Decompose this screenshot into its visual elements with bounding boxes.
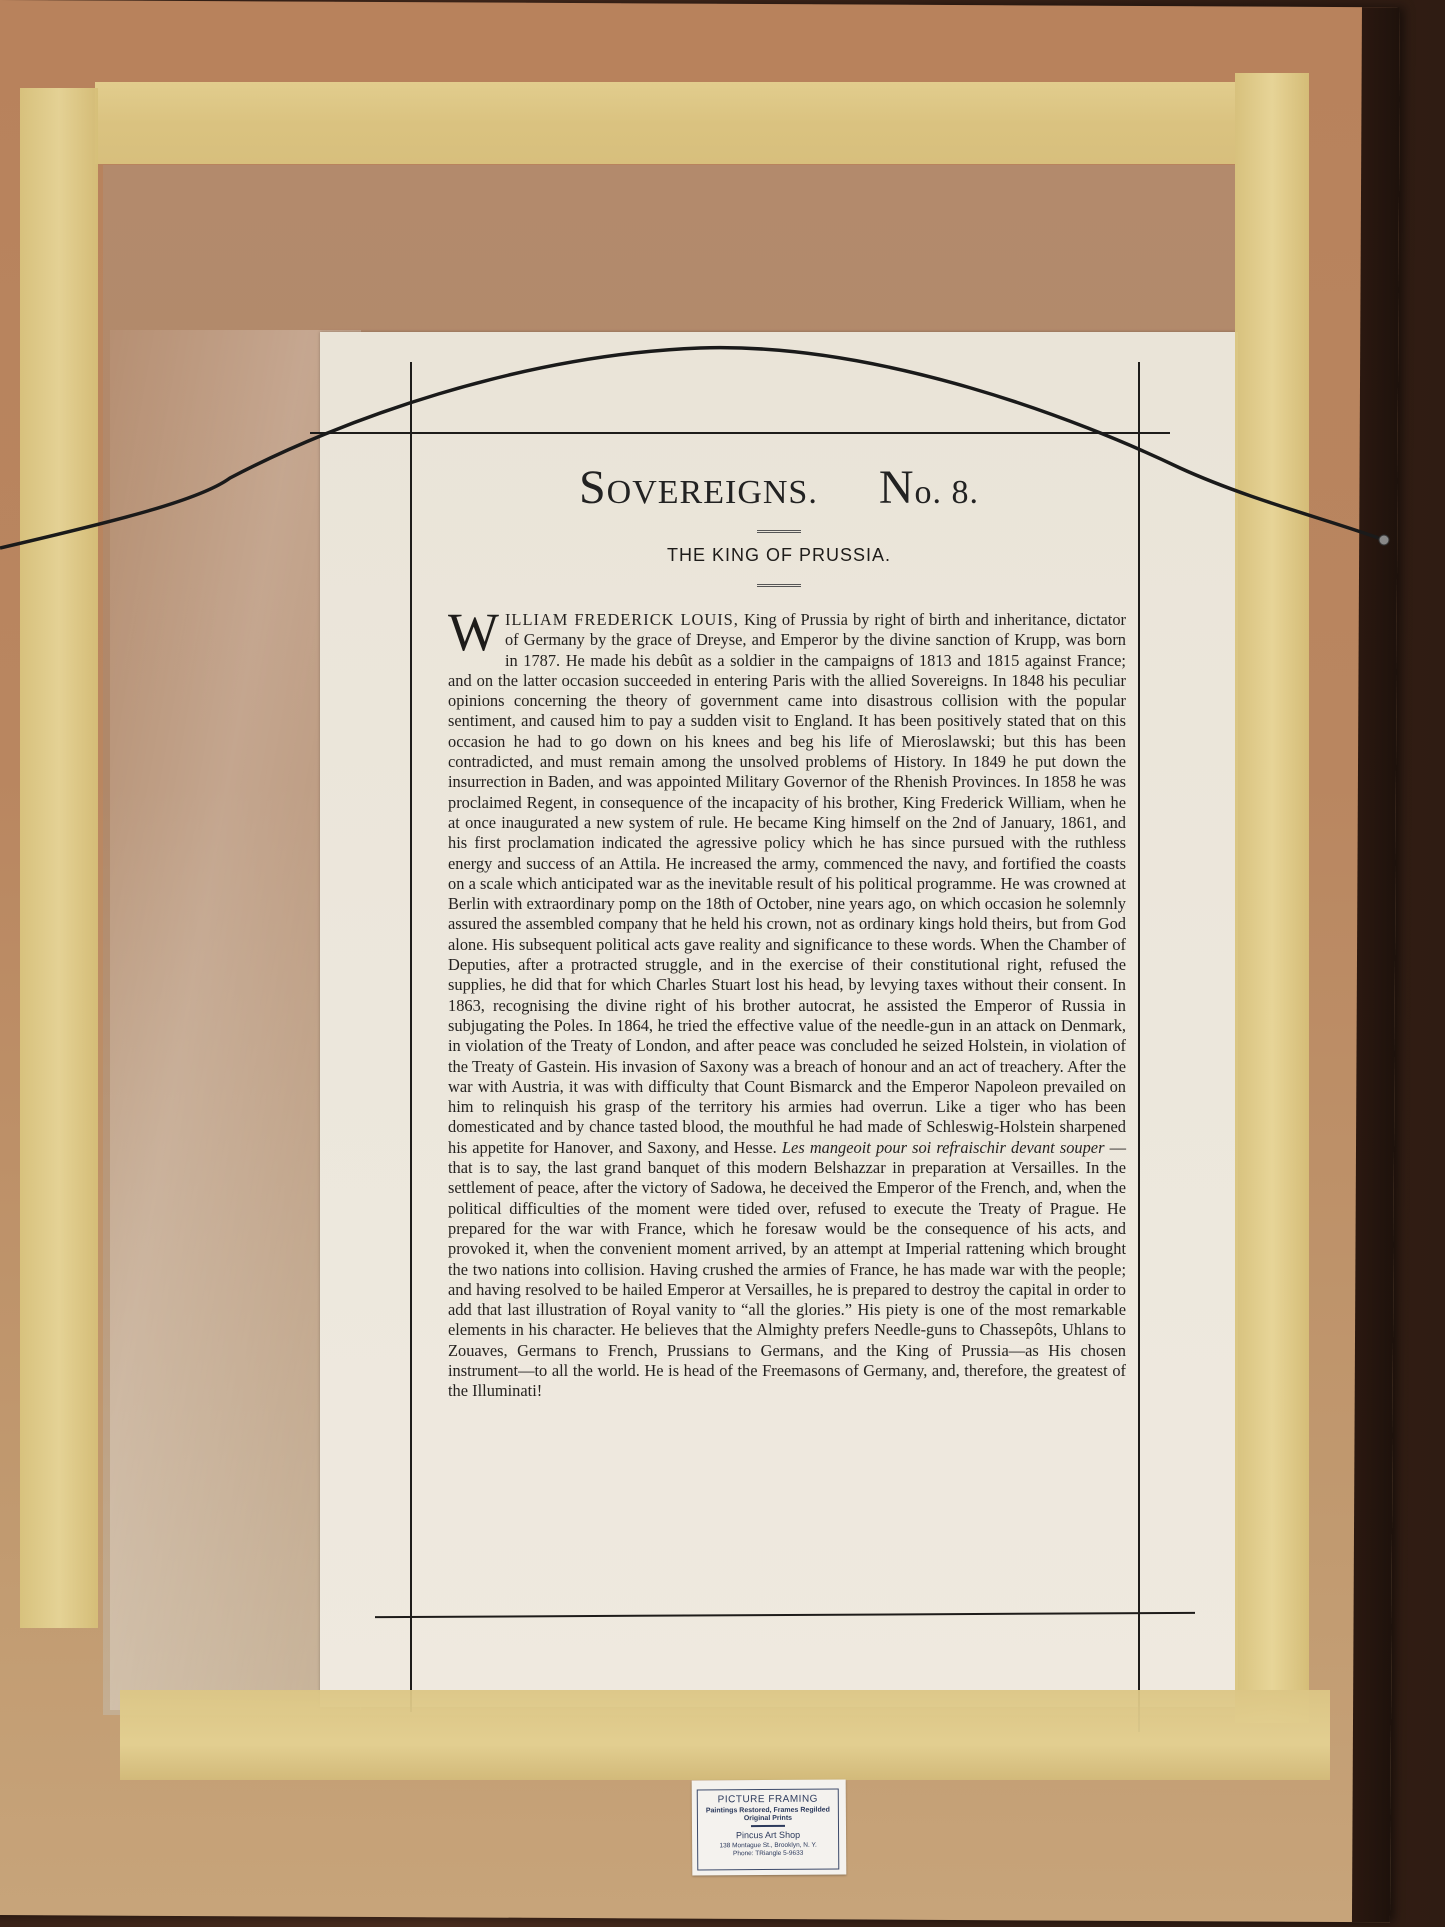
drop-cap: W [448, 612, 499, 652]
border-rule-top [310, 432, 1170, 434]
tape-strip-right [1235, 73, 1309, 1723]
article-body: WILLIAM FREDERICK LOUIS, King of Prussia… [448, 610, 1126, 1402]
tape-strip-top [95, 82, 1235, 164]
lead-in: ILLIAM FREDERICK LOUIS, [505, 610, 739, 629]
framer-label: PICTURE FRAMING Paintings Restored, Fram… [692, 1779, 847, 1875]
tape-strip-left [20, 88, 98, 1628]
series-number: o. 8. [915, 474, 980, 511]
label-services: Paintings Restored, Frames Regilded [698, 1807, 838, 1815]
label-phone: Phone: TRiangle 5-9633 [698, 1850, 838, 1858]
tape-strip-bottom [120, 1690, 1330, 1780]
label-heading: PICTURE FRAMING [698, 1794, 838, 1806]
body-part-2: —that is to say, the last grand banquet … [448, 1138, 1126, 1401]
label-address: 138 Montague St., Brooklyn, N. Y. [698, 1842, 838, 1850]
body-part-1: King of Prussia by right of birth and in… [448, 610, 1126, 1157]
article-title: THE KING OF PRUSSIA. [320, 545, 1238, 566]
label-shop-name: Pincus Art Shop [698, 1830, 838, 1841]
series-masthead: SSovereigns.OVEREIGNS. No. 8. [320, 460, 1238, 515]
border-rule-bottom [375, 1612, 1195, 1618]
border-rule-right-lower [1138, 432, 1140, 1732]
label-divider [751, 1825, 785, 1827]
label-prints: Original Prints [698, 1815, 838, 1823]
italic-quote: Les mangeoit pour soi refraischir devant… [782, 1138, 1105, 1157]
printed-sheet: SSovereigns.OVEREIGNS. No. 8. THE KING O… [320, 332, 1238, 1707]
title-divider-top [757, 530, 801, 533]
title-divider-bottom [757, 584, 801, 587]
